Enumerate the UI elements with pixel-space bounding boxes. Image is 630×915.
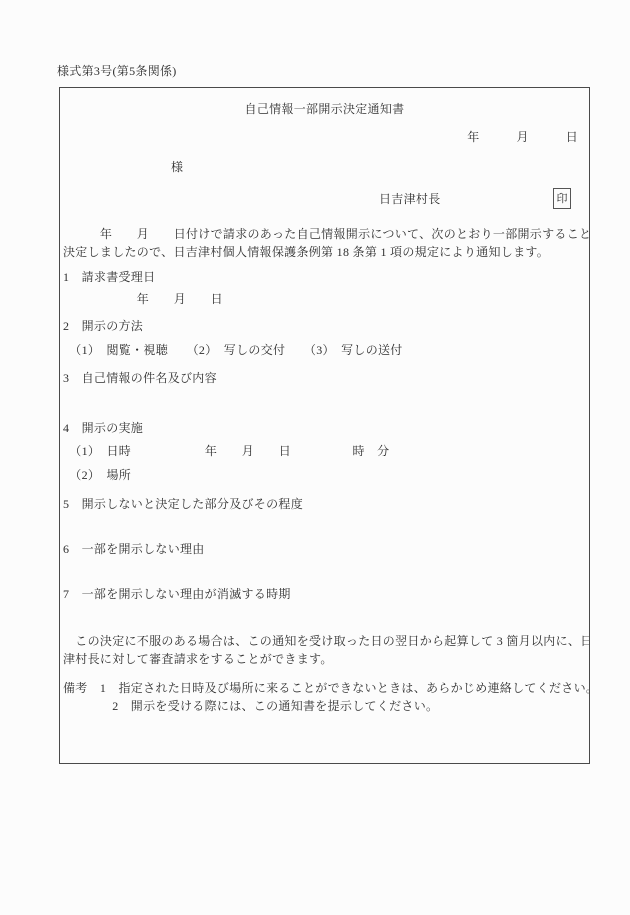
item-2-options: （1） 閲覧・視聴 （2） 写しの交付 （3） 写しの送付 [63, 341, 586, 359]
opening-line-2: 決定しましたので、日吉津村個人情報保護条例第 18 条第 1 項の規定により通知… [63, 243, 586, 261]
item-1-heading: 1 請求書受理日 [63, 268, 586, 286]
remarks-line-2: 2 開示を受ける際には、この通知書を提示してください。 [63, 697, 586, 715]
remarks-line-1: 備考 1 指定された日時及び場所に来ることができないときは、あらかじめ連絡してく… [63, 679, 586, 697]
item-3-heading: 3 自己情報の件名及び内容 [63, 369, 586, 387]
item-2-heading: 2 開示の方法 [63, 317, 586, 335]
issuer-mayor-label: 日吉津村長 [379, 192, 441, 206]
form-body: 年 月 日付けで請求のあった自己情報開示について、次のとおり一部開示することに決… [63, 225, 586, 715]
item-5-heading: 5 開示しないと決定した部分及びその程度 [63, 495, 586, 513]
item-4-datetime: （1） 日時 年 月 日 時 分 [63, 442, 586, 460]
item-1-date: 年 月 日 [63, 290, 586, 308]
seal-stamp-box: 印 [553, 188, 571, 209]
appeal-line-2: 津村長に対して審査請求をすることができます。 [63, 650, 586, 668]
opening-line-1: 年 月 日付けで請求のあった自己情報開示について、次のとおり一部開示することに [63, 225, 586, 243]
form-border-box: 自己情報一部開示決定通知書 年 月 日 様 日吉津村長 印 年 月 日付けで請求… [59, 87, 590, 764]
item-4-heading: 4 開示の実施 [63, 419, 586, 437]
item-7-heading: 7 一部を開示しない理由が消滅する時期 [63, 585, 586, 603]
form-number-label: 様式第3号(第5条関係) [57, 62, 630, 80]
item-4-place: （2） 場所 [63, 466, 586, 484]
item-6-heading: 6 一部を開示しない理由 [63, 540, 586, 558]
appeal-line-1: この決定に不服のある場合は、この通知を受け取った日の翌日から起算して 3 箇月以… [63, 632, 586, 650]
issuer-row: 日吉津村長 印 [63, 190, 586, 212]
document-page: 様式第3号(第5条関係) 自己情報一部開示決定通知書 年 月 日 様 日吉津村長… [0, 0, 630, 915]
addressee-sama-label: 様 [63, 158, 586, 176]
document-title: 自己情報一部開示決定通知書 [63, 100, 586, 118]
issue-date-blank: 年 月 日 [63, 128, 586, 146]
